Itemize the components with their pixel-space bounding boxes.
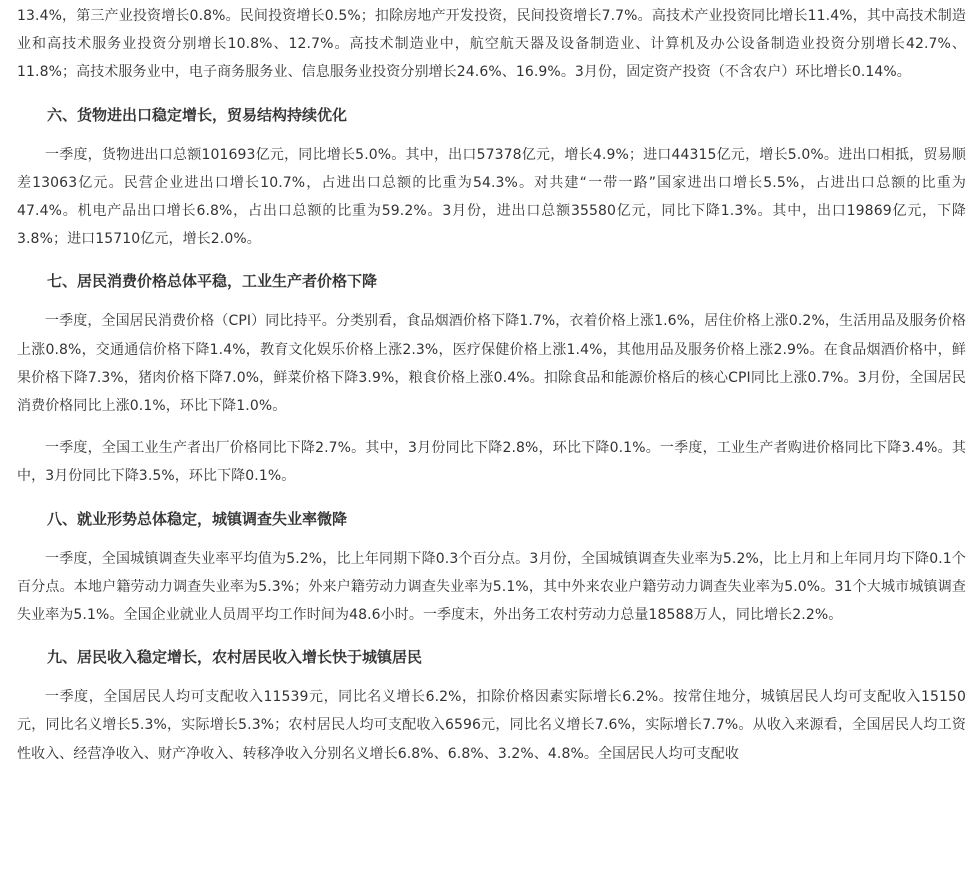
paragraph-ppi: 一季度，全国工业生产者出厂价格同比下降2.7%。其中，3月份同比下降2.8%，环… bbox=[17, 434, 966, 490]
paragraph-trade: 一季度，货物进出口总额101693亿元，同比增长5.0%。其中，出口57378亿… bbox=[17, 141, 966, 254]
section-heading-income: 九、居民收入稳定增长，农村居民收入增长快于城镇居民 bbox=[17, 643, 966, 671]
paragraph-employment: 一季度，全国城镇调查失业率平均值为5.2%，比上年同期下降0.3个百分点。3月份… bbox=[17, 545, 966, 630]
section-heading-prices: 七、居民消费价格总体平稳，工业生产者价格下降 bbox=[17, 267, 966, 295]
article-body: 13.4%，第三产业投资增长0.8%。民间投资增长0.5%；扣除房地产开发投资，… bbox=[0, 2, 976, 768]
paragraph-cpi: 一季度，全国居民消费价格（CPI）同比持平。分类别看，食品烟酒价格下降1.7%，… bbox=[17, 307, 966, 420]
section-heading-employment: 八、就业形势总体稳定，城镇调查失业率微降 bbox=[17, 505, 966, 533]
section-heading-trade: 六、货物进出口稳定增长，贸易结构持续优化 bbox=[17, 101, 966, 129]
paragraph-fixed-asset-investment: 13.4%，第三产业投资增长0.8%。民间投资增长0.5%；扣除房地产开发投资，… bbox=[17, 2, 966, 87]
paragraph-income: 一季度，全国居民人均可支配收入11539元，同比名义增长6.2%，扣除价格因素实… bbox=[17, 683, 966, 768]
